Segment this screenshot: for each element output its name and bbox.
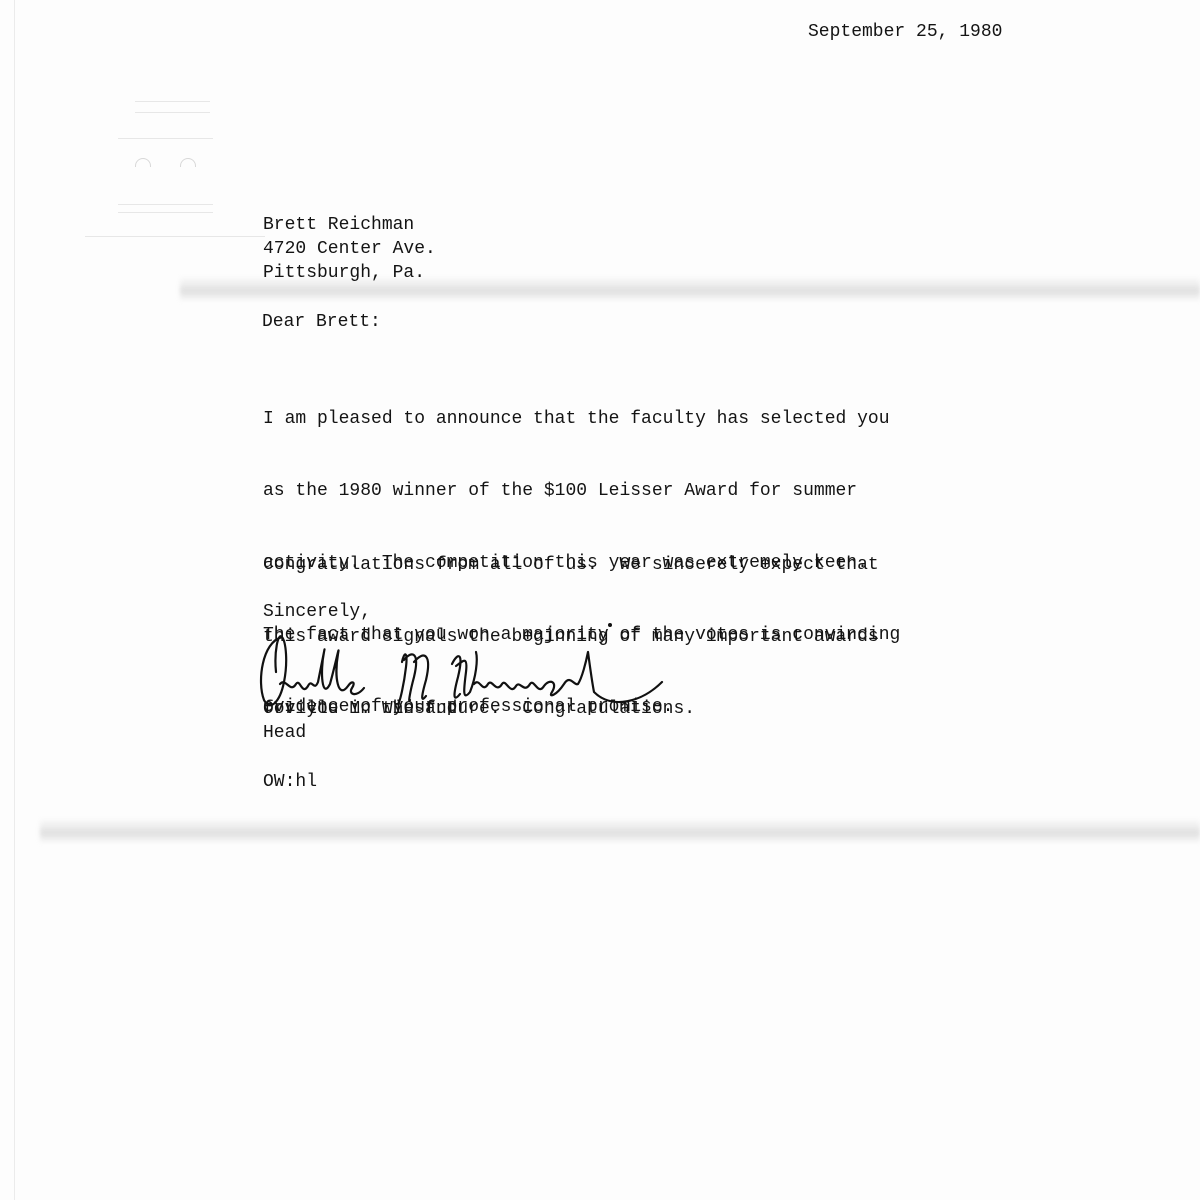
fold-crease-lower [40, 818, 1200, 844]
salutation: Dear Brett: [262, 310, 381, 334]
reference-initials: OW:hl [263, 770, 317, 794]
letter-date: September 25, 1980 [808, 20, 1002, 44]
signer-title: Head [263, 721, 306, 745]
closing: Sincerely, [263, 600, 371, 624]
signer-name: Orville M. Winsand [263, 697, 457, 721]
recipient-name: Brett Reichman [263, 213, 414, 237]
paragraph-line: Congratulations from all of us. We since… [263, 553, 879, 577]
paragraph-line: as the 1980 winner of the $100 Leisser A… [263, 479, 900, 503]
paragraph-line: I am pleased to announce that the facult… [263, 407, 900, 431]
letter-page: September 25, 1980 Brett Reichman 4720 C… [0, 0, 1200, 1200]
recipient-street: 4720 Center Ave. [263, 237, 436, 261]
paper-edge [14, 0, 15, 1200]
recipient-city: Pittsburgh, Pa. [263, 261, 425, 285]
